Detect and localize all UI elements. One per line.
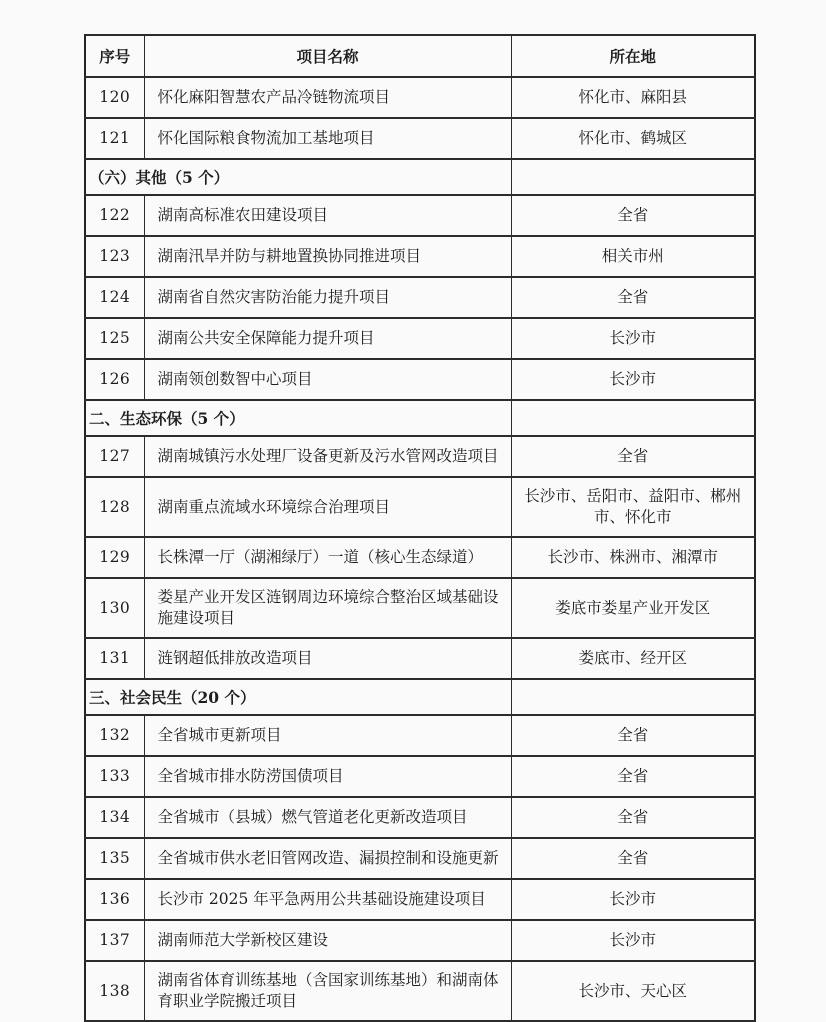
- project-name-cell: 全省城市排水防涝国债项目: [144, 756, 511, 797]
- project-name-cell: 湖南领创数智中心项目: [144, 359, 511, 400]
- table-row: 134 全省城市（县城）燃气管道老化更新改造项目 全省: [85, 797, 755, 838]
- location-cell: 怀化市、鹤城区: [511, 118, 755, 159]
- project-name-cell: 怀化国际粮食物流加工基地项目: [144, 118, 511, 159]
- table-row: 129 长株潭一厅（湖湘绿厅）一道（核心生态绿道） 长沙市、株洲市、湘潭市: [85, 537, 755, 578]
- table-row: 120 怀化麻阳智慧农产品冷链物流项目 怀化市、麻阳县: [85, 77, 755, 118]
- serial-number-cell: 126: [85, 359, 144, 400]
- project-name-cell: 湖南城镇污水处理厂设备更新及污水管网改造项目: [144, 436, 511, 477]
- project-name-cell: 涟钢超低排放改造项目: [144, 638, 511, 679]
- table-header-row: 序号 项目名称 所在地: [85, 35, 755, 77]
- table-row: 133 全省城市排水防涝国债项目 全省: [85, 756, 755, 797]
- document-page: 序号 项目名称 所在地 120 怀化麻阳智慧农产品冷链物流项目 怀化市、麻阳县 …: [0, 0, 826, 996]
- serial-number-cell: 129: [85, 537, 144, 578]
- serial-number-cell: 134: [85, 797, 144, 838]
- table-row: 123 湖南汛旱并防与耕地置换协同推进项目 相关市州: [85, 236, 755, 277]
- serial-number-cell: 137: [85, 920, 144, 961]
- serial-number-cell: 136: [85, 879, 144, 920]
- serial-number-cell: 122: [85, 195, 144, 236]
- table-row: 132 全省城市更新项目 全省: [85, 715, 755, 756]
- location-cell: 娄底市、经开区: [511, 638, 755, 679]
- serial-number-cell: 121: [85, 118, 144, 159]
- project-name-cell: 湖南汛旱并防与耕地置换协同推进项目: [144, 236, 511, 277]
- table-row: 136 长沙市 2025 年平急两用公共基础设施建设项目 长沙市: [85, 879, 755, 920]
- project-name-cell: 湖南重点流域水环境综合治理项目: [144, 477, 511, 537]
- section-empty-cell: [511, 679, 755, 715]
- location-cell: 全省: [511, 756, 755, 797]
- location-cell: 全省: [511, 797, 755, 838]
- table-row: 138 湖南省体育训练基地（含国家训练基地）和湖南体育职业学院搬迁项目 长沙市、…: [85, 961, 755, 1021]
- column-header-project-name: 项目名称: [144, 35, 511, 77]
- location-cell: 全省: [511, 715, 755, 756]
- serial-number-cell: 130: [85, 578, 144, 638]
- table-row: 125 湖南公共安全保障能力提升项目 长沙市: [85, 318, 755, 359]
- location-cell: 长沙市: [511, 920, 755, 961]
- serial-number-cell: 124: [85, 277, 144, 318]
- table-row: 126 湖南领创数智中心项目 长沙市: [85, 359, 755, 400]
- table-row: 121 怀化国际粮食物流加工基地项目 怀化市、鹤城区: [85, 118, 755, 159]
- serial-number-cell: 131: [85, 638, 144, 679]
- serial-number-cell: 138: [85, 961, 144, 1021]
- project-name-cell: 长沙市 2025 年平急两用公共基础设施建设项目: [144, 879, 511, 920]
- table-row: 124 湖南省自然灾害防治能力提升项目 全省: [85, 277, 755, 318]
- location-cell: 长沙市、天心区: [511, 961, 755, 1021]
- serial-number-cell: 125: [85, 318, 144, 359]
- location-cell: 相关市州: [511, 236, 755, 277]
- serial-number-cell: 135: [85, 838, 144, 879]
- serial-number-cell: 127: [85, 436, 144, 477]
- location-cell: 娄底市娄星产业开发区: [511, 578, 755, 638]
- project-name-cell: 湖南省自然灾害防治能力提升项目: [144, 277, 511, 318]
- project-name-cell: 全省城市供水老旧管网改造、漏损控制和设施更新: [144, 838, 511, 879]
- section-empty-cell: [511, 159, 755, 195]
- project-name-cell: 湖南省体育训练基地（含国家训练基地）和湖南体育职业学院搬迁项目: [144, 961, 511, 1021]
- section-title-cell: 三、社会民生（20 个）: [85, 679, 511, 715]
- project-name-cell: 长株潭一厅（湖湘绿厅）一道（核心生态绿道）: [144, 537, 511, 578]
- location-cell: 长沙市: [511, 318, 755, 359]
- table-row: 131 涟钢超低排放改造项目 娄底市、经开区: [85, 638, 755, 679]
- project-name-cell: 湖南师范大学新校区建设: [144, 920, 511, 961]
- serial-number-cell: 132: [85, 715, 144, 756]
- location-cell: 怀化市、麻阳县: [511, 77, 755, 118]
- section-title-cell: 二、生态环保（5 个）: [85, 400, 511, 436]
- location-cell: 全省: [511, 277, 755, 318]
- project-name-cell: 湖南公共安全保障能力提升项目: [144, 318, 511, 359]
- serial-number-cell: 120: [85, 77, 144, 118]
- location-cell: 全省: [511, 838, 755, 879]
- serial-number-cell: 123: [85, 236, 144, 277]
- project-name-cell: 湖南高标准农田建设项目: [144, 195, 511, 236]
- column-header-serial-number: 序号: [85, 35, 144, 77]
- section-title-cell: （六）其他（5 个）: [85, 159, 511, 195]
- table-row: 130 娄星产业开发区涟钢周边环境综合整治区域基础设施建设项目 娄底市娄星产业开…: [85, 578, 755, 638]
- table-row: 127 湖南城镇污水处理厂设备更新及污水管网改造项目 全省: [85, 436, 755, 477]
- table-body: 120 怀化麻阳智慧农产品冷链物流项目 怀化市、麻阳县 121 怀化国际粮食物流…: [85, 77, 755, 1021]
- project-name-cell: 娄星产业开发区涟钢周边环境综合整治区域基础设施建设项目: [144, 578, 511, 638]
- section-empty-cell: [511, 400, 755, 436]
- table-row: 122 湖南高标准农田建设项目 全省: [85, 195, 755, 236]
- location-cell: 全省: [511, 195, 755, 236]
- column-header-location: 所在地: [511, 35, 755, 77]
- section-header-row: 二、生态环保（5 个）: [85, 400, 755, 436]
- location-cell: 长沙市、岳阳市、益阳市、郴州市、怀化市: [511, 477, 755, 537]
- table-row: 137 湖南师范大学新校区建设 长沙市: [85, 920, 755, 961]
- location-cell: 长沙市、株洲市、湘潭市: [511, 537, 755, 578]
- section-header-row: 三、社会民生（20 个）: [85, 679, 755, 715]
- location-cell: 长沙市: [511, 879, 755, 920]
- section-header-row: （六）其他（5 个）: [85, 159, 755, 195]
- table-row: 135 全省城市供水老旧管网改造、漏损控制和设施更新 全省: [85, 838, 755, 879]
- project-name-cell: 全省城市（县城）燃气管道老化更新改造项目: [144, 797, 511, 838]
- project-name-cell: 全省城市更新项目: [144, 715, 511, 756]
- serial-number-cell: 128: [85, 477, 144, 537]
- table-row: 128 湖南重点流域水环境综合治理项目 长沙市、岳阳市、益阳市、郴州市、怀化市: [85, 477, 755, 537]
- project-name-cell: 怀化麻阳智慧农产品冷链物流项目: [144, 77, 511, 118]
- location-cell: 全省: [511, 436, 755, 477]
- project-table: 序号 项目名称 所在地 120 怀化麻阳智慧农产品冷链物流项目 怀化市、麻阳县 …: [84, 34, 756, 1022]
- location-cell: 长沙市: [511, 359, 755, 400]
- serial-number-cell: 133: [85, 756, 144, 797]
